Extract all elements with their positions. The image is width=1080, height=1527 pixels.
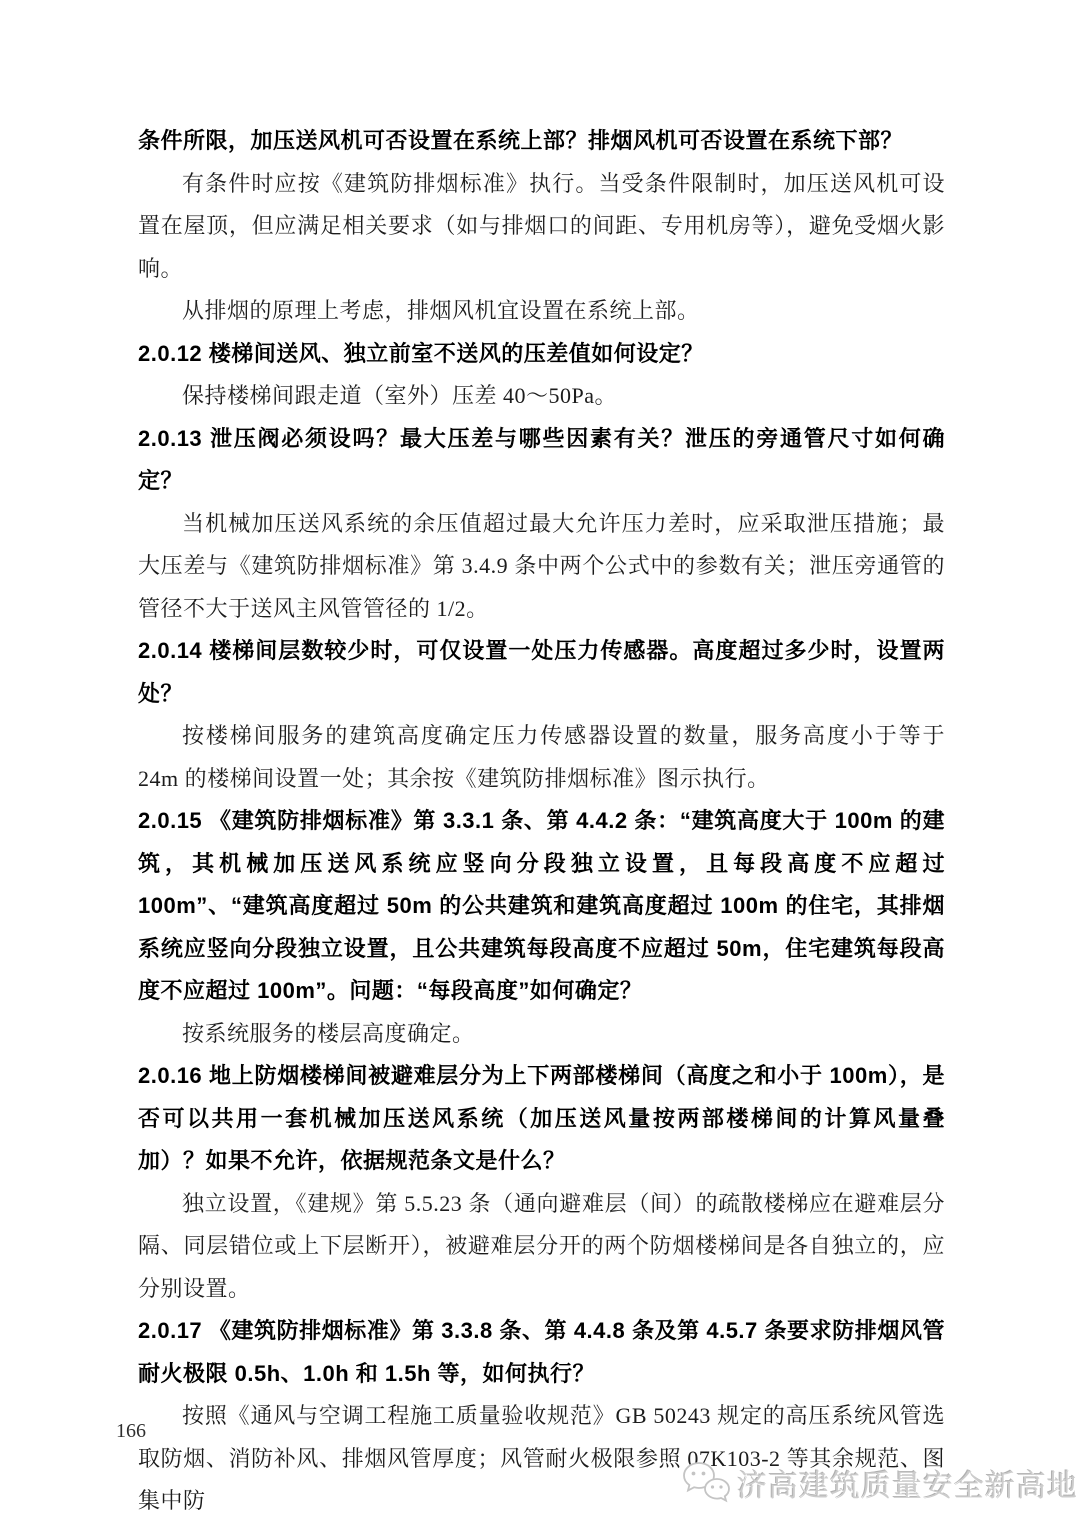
question-heading-2-0-15: 2.0.15 《建筑防排烟标准》第 3.3.1 条、第 4.4.2 条：“建筑高… bbox=[138, 800, 945, 1013]
question-heading-2-0-16: 2.0.16 地上防烟楼梯间被避难层分为上下两部楼梯间（高度之和小于 100m）… bbox=[138, 1055, 945, 1183]
answer-paragraph: 按系统服务的楼层高度确定。 bbox=[138, 1013, 945, 1056]
page-number: 166 bbox=[116, 1420, 146, 1443]
answer-paragraph: 从排烟的原理上考虑，排烟风机宜设置在系统上部。 bbox=[138, 290, 945, 333]
question-heading-2-0-14: 2.0.14 楼梯间层数较少时，可仅设置一处压力传感器。高度超过多少时，设置两处… bbox=[138, 630, 945, 715]
answer-paragraph: 有条件时应按《建筑防排烟标准》执行。当受条件限制时，加压送风机可设置在屋顶，但应… bbox=[138, 163, 945, 291]
document-body: 条件所限，加压送风机可否设置在系统上部？排烟风机可否设置在系统下部？ 有条件时应… bbox=[138, 120, 945, 1523]
answer-paragraph: 独立设置，《建规》第 5.5.23 条（通向避难层（间）的疏散楼梯应在避难层分隔… bbox=[138, 1183, 945, 1311]
document-page: 条件所限，加压送风机可否设置在系统上部？排烟风机可否设置在系统下部？ 有条件时应… bbox=[0, 0, 1080, 1527]
watermark: 济高建筑质量安全新高地 bbox=[681, 1460, 1078, 1506]
answer-paragraph: 当机械加压送风系统的余压值超过最大允许压力差时，应采取泄压措施；最大压差与《建筑… bbox=[138, 503, 945, 631]
answer-paragraph: 保持楼梯间跟走道（室外）压差 40～50Pa。 bbox=[138, 375, 945, 418]
wechat-icon bbox=[681, 1460, 731, 1506]
watermark-text: 济高建筑质量安全新高地 bbox=[737, 1461, 1078, 1505]
question-heading-2-0-13: 2.0.13 泄压阀必须设吗？最大压差与哪些因素有关？泄压的旁通管尺寸如何确定？ bbox=[138, 418, 945, 503]
answer-paragraph: 按楼梯间服务的建筑高度确定压力传感器设置的数量，服务高度小于等于 24m 的楼梯… bbox=[138, 715, 945, 800]
question-continuation: 条件所限，加压送风机可否设置在系统上部？排烟风机可否设置在系统下部？ bbox=[138, 120, 945, 163]
question-heading-2-0-12: 2.0.12 楼梯间送风、独立前室不送风的压差值如何设定？ bbox=[138, 333, 945, 376]
question-heading-2-0-17: 2.0.17 《建筑防排烟标准》第 3.3.8 条、第 4.4.8 条及第 4.… bbox=[138, 1310, 945, 1395]
